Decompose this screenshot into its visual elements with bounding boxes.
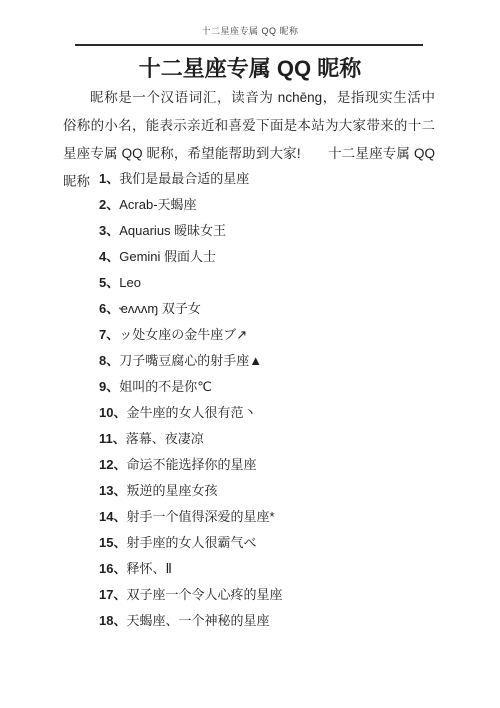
list-item-text: 落幕、夜凄凉	[126, 431, 204, 446]
list-item: 17、双子座一个令人心疼的星座	[99, 582, 282, 608]
list-item: 10、金牛座的女人很有范丶	[99, 400, 282, 426]
list-item-text: 叛逆的星座女孩	[126, 483, 217, 498]
header-rule-line	[75, 44, 423, 46]
list-item-text: 天蝎座、一个神秘的星座	[126, 613, 269, 628]
list-item-number: 12、	[99, 457, 126, 472]
list-item-text: 我们是最最合适的星座	[119, 171, 249, 186]
list-item-number: 17、	[99, 587, 126, 602]
list-item: 1、我们是最最合适的星座	[99, 166, 282, 192]
document-page: 十二星座专属 QQ 昵称 十二星座专属 QQ 昵称 昵称是一个汉语词汇，读音为 …	[0, 0, 500, 708]
list-item: 4、Gemini 假面人士	[99, 244, 282, 270]
list-item-text: Leo	[119, 275, 141, 290]
list-item-number: 2、	[99, 197, 119, 212]
list-item: 9、姐叫的不是你℃	[99, 374, 282, 400]
list-item-text: 姐叫的不是你℃	[119, 379, 212, 394]
list-item-text: 金牛座的女人很有范丶	[126, 405, 256, 420]
nickname-list: 1、我们是最最合适的星座 2、Acrab-天蝎座 3、Aquarius 暧昧女王…	[99, 166, 282, 634]
list-item-number: 9、	[99, 379, 119, 394]
list-item-number: 15、	[99, 535, 126, 550]
list-item-text: Acrab-天蝎座	[119, 197, 196, 212]
list-item: 11、落幕、夜凄凉	[99, 426, 282, 452]
list-item: 3、Aquarius 暧昧女王	[99, 218, 282, 244]
list-item: 16、释怀、Ⅱ	[99, 556, 282, 582]
list-item: 6、ҽʌʌʌɱ 双子女	[99, 296, 282, 322]
list-item: 12、命运不能选择你的星座	[99, 452, 282, 478]
list-item-text: 释怀、Ⅱ	[126, 561, 171, 576]
page-title: 十二星座专属 QQ 昵称	[0, 52, 500, 83]
list-item-number: 1、	[99, 171, 119, 186]
list-item-text: ッ处女座の金牛座ブ↗	[119, 327, 247, 342]
list-item-number: 3、	[99, 223, 119, 238]
list-item: 18、天蝎座、一个神秘的星座	[99, 608, 282, 634]
list-item: 2、Acrab-天蝎座	[99, 192, 282, 218]
list-item-number: 16、	[99, 561, 126, 576]
list-item-number: 4、	[99, 249, 119, 264]
list-item-number: 13、	[99, 483, 126, 498]
list-item-text: ҽʌʌʌɱ 双子女	[119, 301, 201, 316]
list-item: 15、射手座的女人很霸气べ	[99, 530, 282, 556]
list-item-text: Aquarius 暧昧女王	[119, 223, 226, 238]
list-item-number: 5、	[99, 275, 119, 290]
list-item-text: 射手座的女人很霸气べ	[126, 535, 256, 550]
list-item: 14、射手一个值得深爱的星座*	[99, 504, 282, 530]
list-item-number: 14、	[99, 509, 126, 524]
list-item: 13、叛逆的星座女孩	[99, 478, 282, 504]
list-item-text: 命运不能选择你的星座	[126, 457, 256, 472]
list-item-number: 10、	[99, 405, 126, 420]
list-item-text: 刀子嘴豆腐心的射手座▲	[119, 353, 262, 368]
list-item: 7、ッ处女座の金牛座ブ↗	[99, 322, 282, 348]
list-item-number: 8、	[99, 353, 119, 368]
list-item: 8、刀子嘴豆腐心的射手座▲	[99, 348, 282, 374]
list-item-number: 18、	[99, 613, 126, 628]
running-header: 十二星座专属 QQ 昵称	[0, 24, 500, 37]
list-item: 5、Leo	[99, 270, 282, 296]
list-item-number: 7、	[99, 327, 119, 342]
list-item-text: 双子座一个令人心疼的星座	[126, 587, 282, 602]
list-item-text: 射手一个值得深爱的星座*	[126, 509, 274, 524]
list-item-text: Gemini 假面人士	[119, 249, 216, 264]
list-item-number: 6、	[99, 301, 119, 316]
list-item-number: 11、	[99, 431, 126, 446]
